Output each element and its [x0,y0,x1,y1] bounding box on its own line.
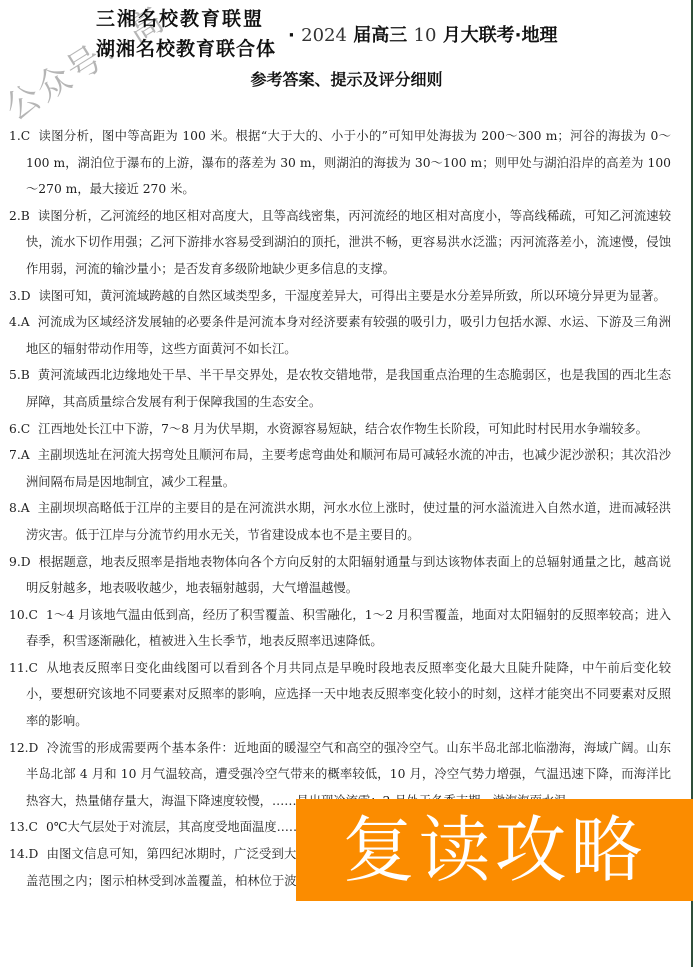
answer-text: 从地表反照率日变化曲线图可以看到各个月共同点是早晚时段地表反照率变化最大且陡升陡… [26,661,671,728]
answer-number: 9.D [9,555,31,569]
answer-number: 12.D [9,741,38,755]
answer-text: 冷流雪的形成需要两个基本条件：近地面的暖湿空气和高空的强冷空气。山东半岛北部北临… [26,741,671,808]
answer-number: 7.A [9,448,30,462]
answer-number: 4.A [9,315,30,329]
exam-title: · 2024 届高三 10 月大联考·地理 [288,21,558,47]
exam-title-mid: 届高三 [353,25,407,46]
document-header: 三湘名校教育联盟 湖湘名校教育联合体 · 2024 届高三 10 月大联考·地理 [96,4,656,62]
answer-text: 0℃大气层处于对流层，其高度受地面温度……最大。 [46,820,338,834]
answer-number: 11.C [9,661,38,675]
answer-number: 5.B [9,368,30,382]
answer-text: 读图分析，乙河流经的地区相对高度大，且等高线密集，丙河流经的地区相对高度小，等高… [26,209,671,276]
exam-title-prefix: · [288,25,295,46]
answer-text: 江西地处长江中下游，7～8 月为伏旱期，水资源容易短缺，结合农作物生长阶段，可知… [38,422,648,436]
answer-item: 2.B读图分析，乙河流经的地区相对高度大，且等高线密集，丙河流经的地区相对高度小… [9,203,671,283]
answer-number: 8.A [9,501,30,515]
answer-number: 10.C [9,608,38,622]
answer-item: 4.A河流成为区域经济发展轴的必要条件是河流本身对经济要素有较强的吸引力，吸引力… [9,309,671,362]
exam-title-suffix: 月大联考·地理 [443,25,558,46]
answer-list: 1.C读图分析，图中等高距为 100 米。根据“大于大的、小于小的”可知甲处海拔… [9,123,671,894]
answer-number: 2.B [9,209,30,223]
answer-number: 1.C [9,129,30,143]
answer-text: 1～4 月该地气温由低到高，经历了积雪覆盖、积雪融化，1～2 月积雪覆盖，地面对… [26,608,671,649]
answer-text: 黄河流域西北边缘地处干旱、半干旱交界处，是农牧交错地带，是我国重点治理的生态脆弱… [26,368,671,409]
answer-text: 读图分析，图中等高距为 100 米。根据“大于大的、小于小的”可知甲处海拔为 2… [26,129,671,196]
document-subtitle: 参考答案、提示及评分细则 [0,67,693,90]
answer-text: 主副坝坝高略低于江岸的主要目的是在河流洪水期，河水水位上涨时，使过量的河水溢流进… [26,501,671,542]
org-name-2: 湖湘名校教育联合体 [96,34,276,61]
promo-overlay-banner[interactable]: 复读攻略 [296,799,693,901]
answer-number: 3.D [9,289,31,303]
answer-number: 14.D [9,847,38,861]
promo-banner-text: 复读攻略 [342,814,646,886]
answer-text: 主副坝选址在河流大拐弯处且顺河布局，主要考虑弯曲处和顺河布局可减轻水流的冲击，也… [26,448,671,489]
answer-number: 6.C [9,422,30,436]
answer-item: 5.B黄河流域西北边缘地处干旱、半干旱交界处，是农牧交错地带，是我国重点治理的生… [9,362,671,415]
answer-item: 11.C从地表反照率日变化曲线图可以看到各个月共同点是早晚时段地表反照率变化最大… [9,655,671,735]
answer-item: 9.D根据题意，地表反照率是指地表物体向各个方向反射的太阳辐射通量与到达该物体表… [9,549,671,602]
answer-number: 13.C [9,820,38,834]
answer-text: 读图可知，黄河流域跨越的自然区域类型多，干湿度差异大，可得出主要是水分差异所致，… [39,289,666,303]
answer-text: 河流成为区域经济发展轴的必要条件是河流本身对经济要素有较强的吸引力，吸引力包括水… [26,315,671,356]
answer-item: 3.D读图可知，黄河流域跨越的自然区域类型多，干湿度差异大，可得出主要是水分差异… [9,283,671,310]
answer-item: 6.C江西地处长江中下游，7～8 月为伏旱期，水资源容易短缺，结合农作物生长阶段… [9,416,671,443]
exam-month: 10 [414,25,437,46]
org-name-1: 三湘名校教育联盟 [96,4,264,31]
answer-item: 10.C1～4 月该地气温由低到高，经历了积雪覆盖、积雪融化，1～2 月积雪覆盖… [9,602,671,655]
answer-text: 根据题意，地表反照率是指地表物体向各个方向反射的太阳辐射通量与到达该物体表面上的… [26,555,671,596]
answer-item: 1.C读图分析，图中等高距为 100 米。根据“大于大的、小于小的”可知甲处海拔… [9,123,671,203]
answer-item: 7.A主副坝选址在河流大拐弯处且顺河布局，主要考虑弯曲处和顺河布局可减轻水流的冲… [9,442,671,495]
exam-year: 2024 [301,25,347,46]
answer-item: 8.A主副坝坝高略低于江岸的主要目的是在河流洪水期，河水水位上涨时，使过量的河水… [9,495,671,548]
